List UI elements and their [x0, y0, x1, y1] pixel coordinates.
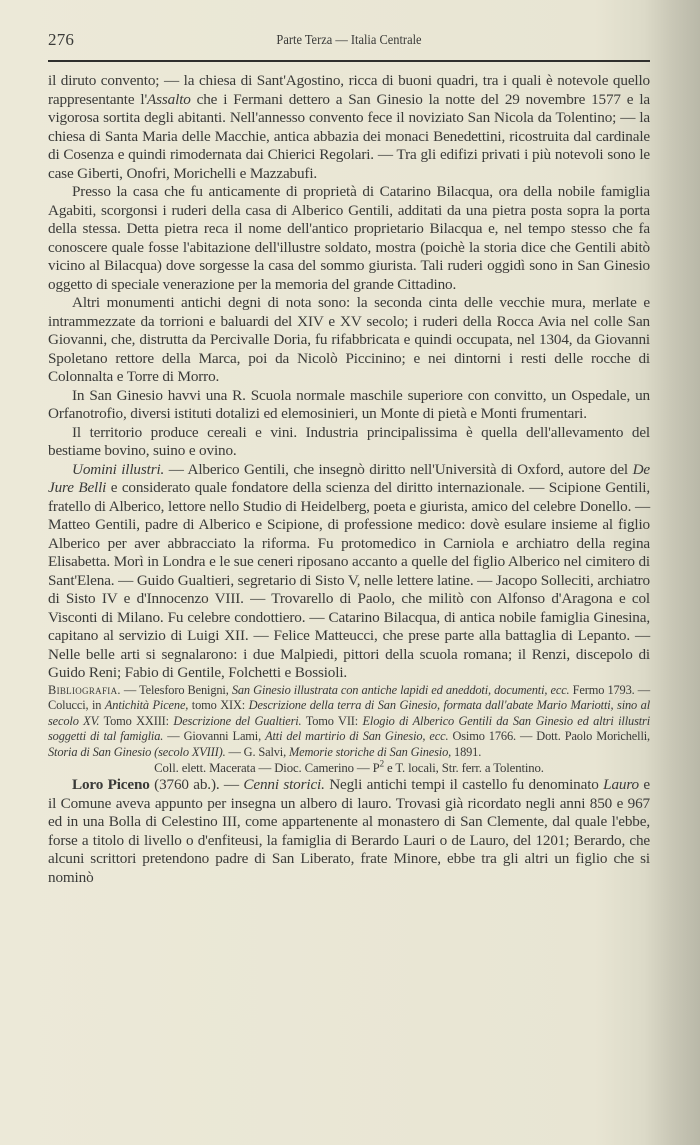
italic-title: Storia di San Ginesio (secolo XVIII).	[48, 745, 226, 759]
section-label: Cenni storici.	[243, 776, 324, 793]
text-run: tomo XIX:	[188, 698, 248, 712]
italic-title: Memorie storiche di San Ginesio,	[289, 745, 451, 759]
paragraph-gentili-house: Presso la casa che fu anticamente di pro…	[48, 183, 650, 294]
italic-title: Descrizione del Gualtieri.	[173, 714, 301, 728]
paragraph-illustrious-men: Uomini illustri. — Alberico Gentili, che…	[48, 461, 650, 683]
text-run: Osimo 1766. — Dott. Paolo Morichelli,	[448, 729, 650, 743]
bibliography: Bibliografia. — Telesforo Benigni, San G…	[48, 683, 650, 761]
text-run: Coll. elett. Macerata — Dioc. Camerino —…	[154, 761, 379, 775]
paragraph-loro-piceno: Loro Piceno (3760 ab.). — Cenni storici.…	[48, 776, 650, 887]
text-run: e T. locali, Str. ferr. a Tolentino.	[384, 761, 544, 775]
text-run: (3760 ab.). —	[150, 776, 244, 793]
italic-title: San Ginesio illustrata con antiche lapid…	[232, 683, 570, 697]
text-run: Negli antichi tempi il castello fu denom…	[325, 776, 603, 793]
text-run: — Alberico Gentili, che insegnò diritto …	[164, 461, 632, 478]
header-rule	[48, 60, 650, 62]
section-label: Uomini illustri.	[72, 461, 164, 478]
text-run: Tomo XXIII:	[99, 714, 173, 728]
paragraph-institutions: In San Ginesio havvi una R. Scuola norma…	[48, 387, 650, 424]
text-run: — Giovanni Lami,	[163, 729, 265, 743]
book-page: 276 Parte Terza — Italia Centrale il dir…	[0, 0, 700, 1145]
page-header: 276 Parte Terza — Italia Centrale	[48, 28, 650, 50]
italic-title: Assalto	[147, 91, 191, 108]
page-number: 276	[48, 30, 74, 50]
running-title: Parte Terza — Italia Centrale	[72, 32, 626, 48]
italic-title: Atti del martirio di San Ginesio, ecc.	[265, 729, 448, 743]
italic-title: Antichità Picene,	[105, 698, 188, 712]
town-heading: Loro Piceno	[72, 776, 150, 793]
paragraph-territory: Il territorio produce cereali e vini. In…	[48, 424, 650, 461]
text-run: — G. Salvi,	[226, 745, 289, 759]
electoral-college-line: Coll. elett. Macerata — Dioc. Camerino —…	[48, 760, 650, 776]
paragraph-monuments: Altri monumenti antichi degni di nota so…	[48, 294, 650, 387]
paragraph-churches: il diruto convento; — la chiesa di Sant'…	[48, 72, 650, 183]
text-run: — Telesforo Benigni,	[121, 683, 232, 697]
bibliography-label: Bibliografia.	[48, 683, 121, 697]
text-run: Tomo VII:	[302, 714, 363, 728]
text-run: e considerato quale fondatore della scie…	[48, 479, 650, 681]
italic-term: Lauro	[603, 776, 639, 793]
body-text: il diruto convento; — la chiesa di Sant'…	[48, 72, 650, 887]
text-run: 1891.	[451, 745, 481, 759]
